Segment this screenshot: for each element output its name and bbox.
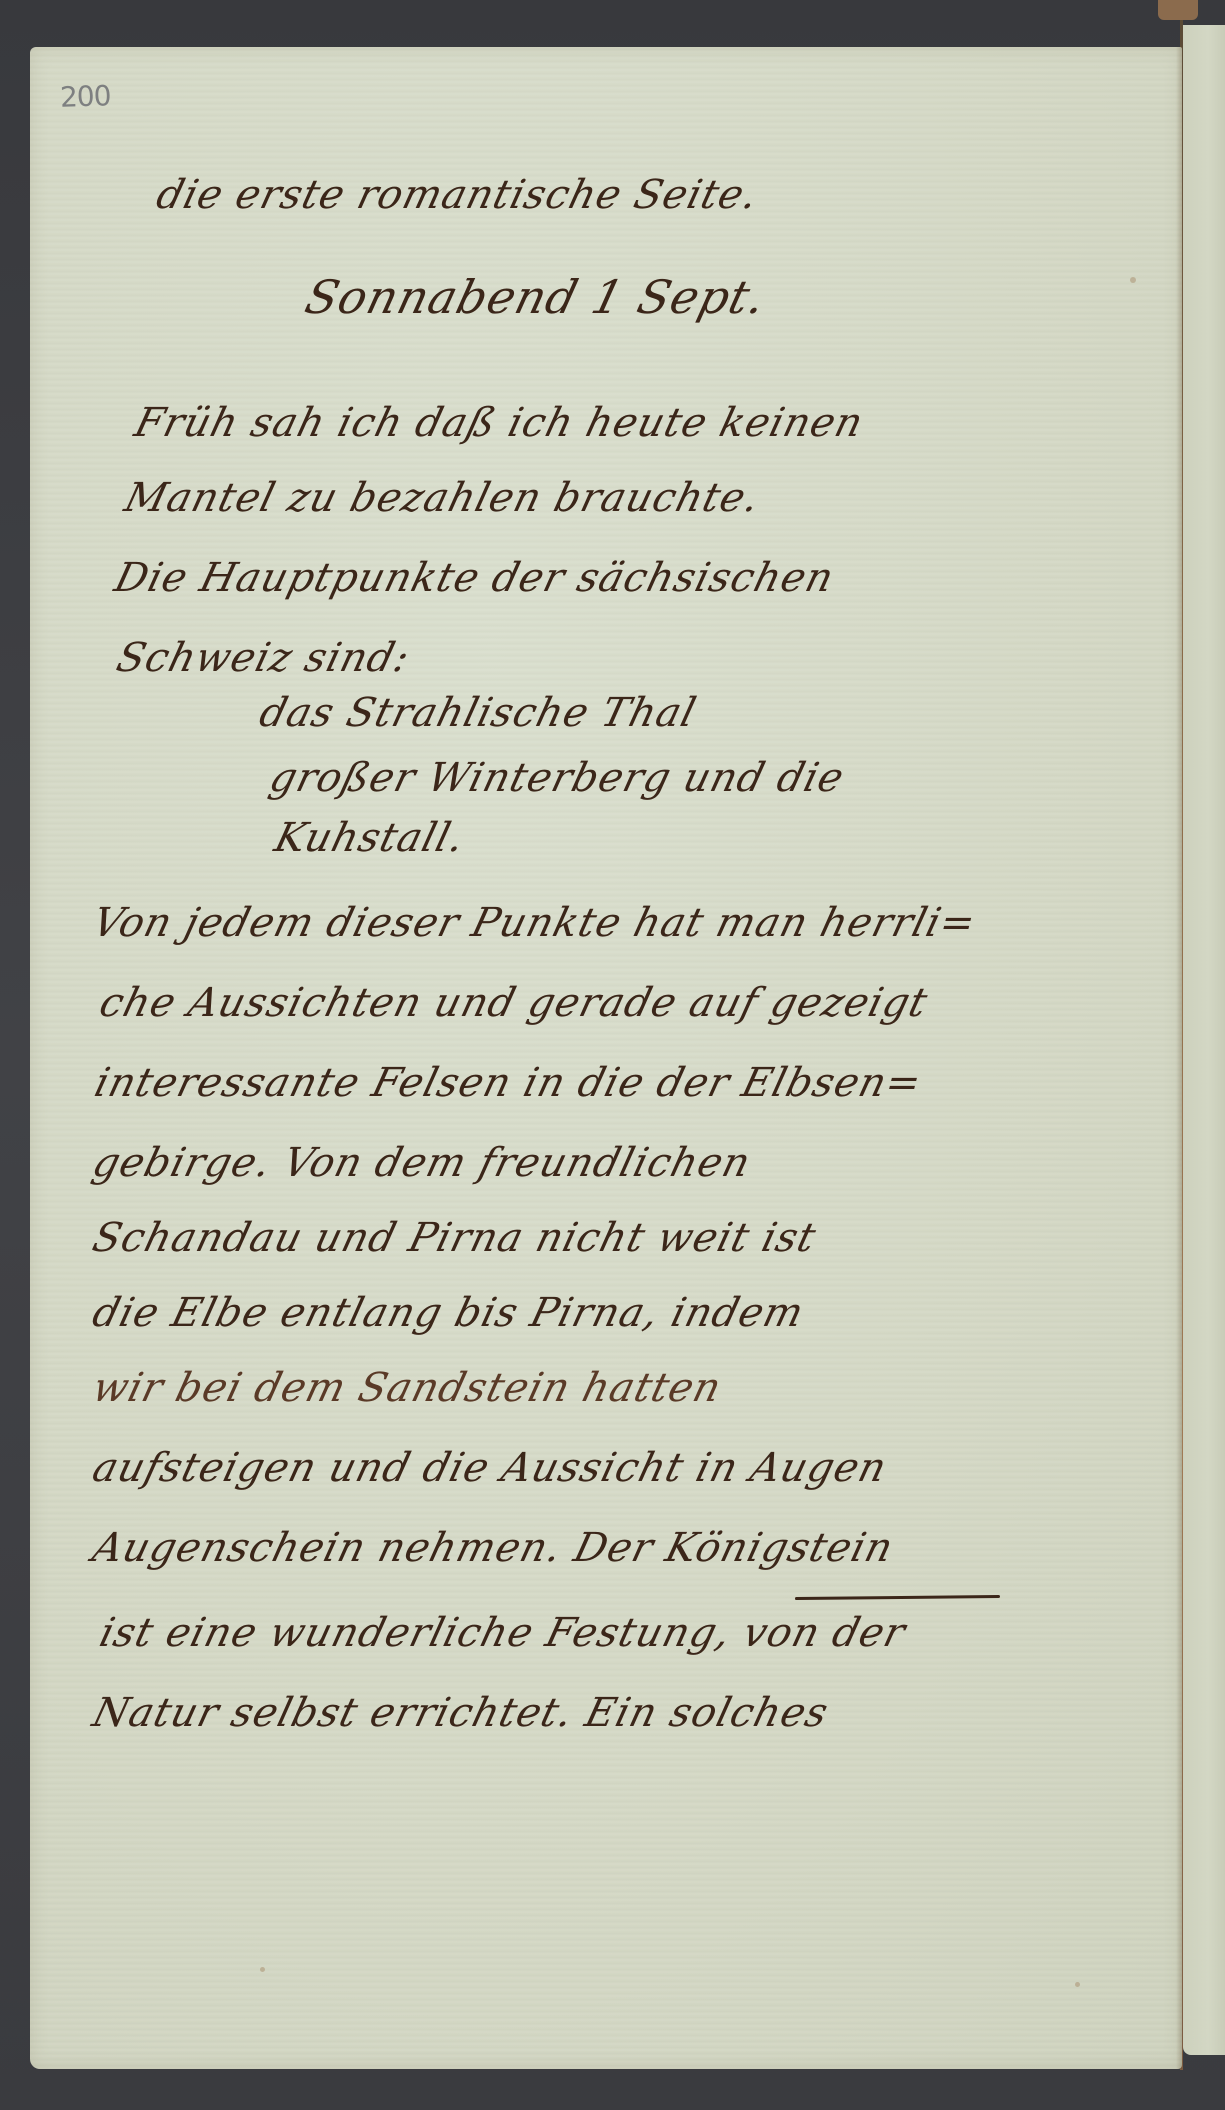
manuscript-line-10: Von jedem dieser Punkte hat man herrli=	[88, 900, 981, 946]
manuscript-line-1: die erste romantische Seite.	[152, 172, 763, 218]
manuscript-page	[30, 47, 1182, 2069]
manuscript-line-4: Mantel zu bezahlen brauchte.	[120, 475, 765, 521]
manuscript-line-3: Früh sah ich daß ich heute keinen	[130, 400, 868, 446]
manuscript-list-item-1: das Strahlische Thal	[255, 690, 701, 736]
manuscript-line-6: Schweiz sind:	[112, 635, 415, 681]
manuscript-line-11: che Aussichten und gerade auf gezeigt	[95, 980, 933, 1026]
manuscript-line-13: gebirge. Von dem freundlichen	[88, 1140, 756, 1186]
manuscript-line-17: aufsteigen und die Aussicht in Augen	[88, 1445, 892, 1491]
manuscript-line-19: ist eine wunderliche Festung, von der	[95, 1610, 910, 1656]
binding-tab	[1158, 0, 1198, 20]
manuscript-line-16: wir bei dem Sandstein hatten	[88, 1365, 726, 1411]
manuscript-date-heading: Sonnabend 1 Sept.	[300, 270, 772, 324]
paper-speck	[260, 1967, 265, 1972]
manuscript-line-18: Augenschein nehmen. Der Königstein	[88, 1525, 898, 1571]
paper-speck	[1075, 1982, 1080, 1987]
manuscript-list-item-2: großer Winterberg und die	[265, 755, 849, 801]
manuscript-line-5: Die Hauptpunkte der sächsischen	[110, 555, 839, 601]
paper-speck	[1130, 277, 1136, 283]
manuscript-line-12: interessante Felsen in die der Elbsen=	[90, 1060, 927, 1106]
folio-number: 200	[59, 79, 111, 114]
adjacent-page-edge	[1183, 25, 1225, 2055]
manuscript-list-item-3: Kuhstall.	[270, 815, 470, 861]
manuscript-line-15: die Elbe entlang bis Pirna, indem	[88, 1290, 809, 1336]
manuscript-line-20: Natur selbst errichtet. Ein solches	[88, 1690, 833, 1736]
manuscript-line-14: Schandau und Pirna nicht weit ist	[88, 1215, 821, 1261]
